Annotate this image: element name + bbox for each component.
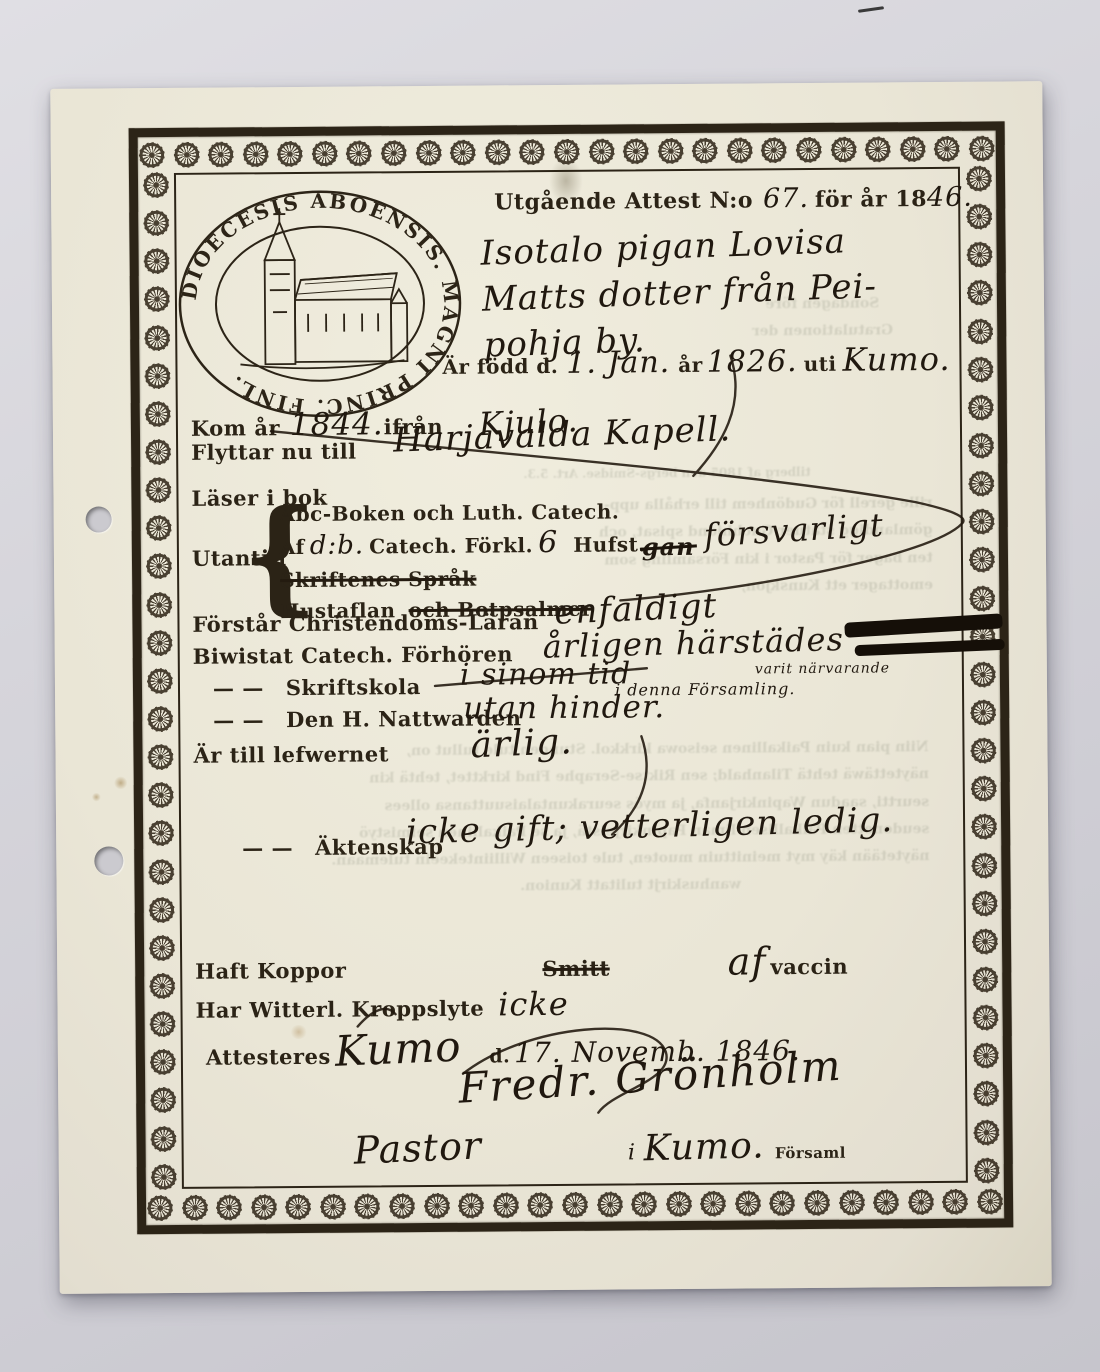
rosette-ornament bbox=[149, 1049, 175, 1075]
conduct-row: Är till lefwernet bbox=[193, 741, 389, 768]
rosette-ornament bbox=[277, 140, 303, 166]
rosette-ornament bbox=[942, 1188, 968, 1214]
attest-header-label: Utgående Attest N:o bbox=[494, 187, 753, 215]
rosette-ornament bbox=[147, 782, 173, 808]
bodily-defect-row: Har Witterl. Kroppslyte icke bbox=[195, 985, 568, 1026]
rosette-ornament bbox=[973, 1119, 999, 1145]
rosette-ornament bbox=[312, 140, 338, 166]
rosette-ornament bbox=[967, 356, 993, 382]
rosette-ornament bbox=[143, 210, 169, 236]
attended-inserted-handwritten: varit närvarande bbox=[755, 660, 890, 677]
rosette-ornament bbox=[631, 1191, 657, 1217]
rosette-ornament bbox=[969, 661, 995, 687]
rosette-ornament bbox=[424, 1192, 450, 1218]
rosette-ornament bbox=[142, 172, 168, 198]
rosette-ornament bbox=[908, 1189, 934, 1215]
bodily-defect-handwritten: icke bbox=[498, 985, 569, 1024]
rosette-ornament bbox=[761, 137, 787, 163]
rosette-ornament bbox=[972, 966, 998, 992]
diocese-seal: DIOECESIS ABOENSIS. MAGNI PRINC. FINL. bbox=[169, 181, 471, 428]
rosette-ornament bbox=[320, 1193, 346, 1219]
rosette-ornament bbox=[830, 136, 856, 162]
rosette-ornament bbox=[977, 1188, 1003, 1214]
attest-header-year-label: för år 18 bbox=[815, 186, 927, 213]
rosette-ornament bbox=[970, 738, 996, 764]
rosette-ornament bbox=[144, 325, 170, 351]
rosette-ornament bbox=[966, 280, 992, 306]
rosette-band-bottom bbox=[147, 1184, 1003, 1224]
rosette-ornament bbox=[148, 820, 174, 846]
rosette-ornament bbox=[148, 897, 174, 923]
rosette-ornament bbox=[173, 141, 199, 167]
rosette-band-right bbox=[962, 165, 1003, 1183]
by-heart-item-catech: Af d:b. Catech. Förkl. 6 Hufst. bbox=[280, 526, 646, 565]
ditto-dashes: — — bbox=[242, 835, 293, 860]
rosette-ornament bbox=[143, 248, 169, 274]
attested-place-handwritten: Kumo bbox=[334, 1022, 463, 1076]
rosette-ornament bbox=[970, 776, 996, 802]
rosette-ornament bbox=[147, 1194, 173, 1220]
born-year-label: år bbox=[678, 353, 703, 377]
rosette-ornament bbox=[458, 1192, 484, 1218]
smallpox-row: Haft Koppor Smitt af vaccin bbox=[195, 939, 848, 988]
bleed-through-line: tilberg af 1805 den bergs-Smidse. Art. 5… bbox=[523, 461, 811, 487]
born-place-label: uti bbox=[804, 352, 837, 376]
by-heart-count-handwritten: 6 bbox=[538, 525, 558, 560]
punch-hole-bottom bbox=[94, 846, 123, 875]
smallpox-smitt-struck: Smitt bbox=[542, 956, 609, 982]
rosette-ornament bbox=[147, 744, 173, 770]
rosette-ornament bbox=[251, 1194, 277, 1220]
rosette-ornament bbox=[182, 1194, 208, 1220]
seal-church-icon bbox=[239, 207, 407, 369]
rosette-ornament bbox=[493, 1192, 519, 1218]
rosette-ornament bbox=[484, 139, 510, 165]
rosette-band-top bbox=[139, 131, 995, 171]
ditto-dashes: — — bbox=[213, 675, 264, 700]
photograph-background: Sondagen före Gratulationen der tilberg … bbox=[0, 0, 1100, 1372]
rosette-ornament bbox=[971, 890, 997, 916]
smallpox-label: Haft Koppor bbox=[195, 958, 346, 984]
attest-number-handwritten: 67. bbox=[763, 183, 809, 214]
rosette-ornament bbox=[968, 433, 994, 459]
rosette-ornament bbox=[692, 137, 718, 163]
rosette-ornament bbox=[973, 1157, 999, 1183]
confirmation-school-handwritten: i sinom tid bbox=[460, 656, 632, 692]
svg-text:DIOECESIS ABOENSIS. MAGNI PRIN: DIOECESIS ABOENSIS. MAGNI PRINC. FINL. bbox=[176, 188, 465, 420]
rosette-ornament bbox=[346, 140, 372, 166]
rosette-ornament bbox=[150, 1125, 176, 1151]
conduct-handwritten: ärlig. bbox=[470, 721, 574, 766]
rosette-ornament bbox=[968, 547, 994, 573]
rosette-ornament bbox=[970, 699, 996, 725]
born-row: Är född d. 1. Jan. år 1826. uti Kumo. bbox=[442, 340, 950, 382]
rosette-ornament bbox=[519, 139, 545, 165]
rosette-ornament bbox=[899, 136, 925, 162]
born-place-handwritten: Kumo. bbox=[842, 340, 950, 379]
rosette-ornament bbox=[242, 141, 268, 167]
rosette-ornament bbox=[873, 1189, 899, 1215]
moving-to-row: Flyttar nu till bbox=[191, 439, 357, 465]
by-heart-insert-handwritten: d:b. bbox=[310, 530, 365, 560]
punch-hole-top bbox=[86, 506, 112, 532]
conduct-label: Är till lefwernet bbox=[193, 741, 389, 768]
rosette-ornament bbox=[146, 592, 172, 618]
rosette-ornament bbox=[839, 1189, 865, 1215]
fox-spot bbox=[92, 793, 101, 802]
understands-label: Förstår Christendoms-Läran bbox=[192, 609, 538, 637]
born-year-handwritten: 1826. bbox=[707, 344, 798, 380]
rosette-ornament bbox=[146, 668, 172, 694]
rosette-ornament bbox=[934, 135, 960, 161]
born-label: Är född d. bbox=[442, 354, 558, 379]
rosette-ornament bbox=[139, 142, 165, 168]
rosette-ornament bbox=[450, 139, 476, 165]
rosette-ornament bbox=[967, 394, 993, 420]
moving-to-label: Flyttar nu till bbox=[191, 439, 357, 465]
rosette-ornament bbox=[666, 1190, 692, 1216]
rosette-ornament bbox=[145, 439, 171, 465]
understands-row: Förstår Christendoms-Läran bbox=[192, 609, 538, 637]
ditto-dashes: — — bbox=[213, 707, 264, 732]
rosette-ornament bbox=[596, 1191, 622, 1217]
signature-parish-printed: Församl bbox=[775, 1144, 846, 1163]
rosette-ornament bbox=[796, 136, 822, 162]
rosette-ornament bbox=[727, 137, 753, 163]
rosette-ornament bbox=[623, 138, 649, 164]
rosette-ornament bbox=[562, 1191, 588, 1217]
rosette-ornament bbox=[973, 1081, 999, 1107]
rosette-ornament bbox=[145, 515, 171, 541]
rosette-ornament bbox=[150, 1087, 176, 1113]
rosette-ornament bbox=[145, 477, 171, 503]
rosette-ornament bbox=[148, 935, 174, 961]
bleed-through-line: wanhuskirjt tulitatt Kunion. bbox=[331, 871, 929, 903]
rosette-ornament bbox=[216, 1194, 242, 1220]
by-heart-item-prefix: Af bbox=[280, 535, 305, 559]
attested-label: Attesteres bbox=[206, 1044, 331, 1070]
rosette-ornament bbox=[968, 471, 994, 497]
by-heart-item-mid: Catech. Förkl. bbox=[369, 533, 533, 558]
seal-graphic: DIOECESIS ABOENSIS. MAGNI PRINC. FINL. bbox=[169, 181, 471, 428]
rosette-ornament bbox=[971, 928, 997, 954]
arrived-year-handwritten: 1844. bbox=[290, 406, 384, 443]
rosette-ornament bbox=[971, 852, 997, 878]
rosette-ornament bbox=[972, 1043, 998, 1069]
confirmation-school-row: — — Skriftskola bbox=[213, 674, 421, 701]
rosette-ornament bbox=[415, 139, 441, 165]
rosette-ornament bbox=[145, 553, 171, 579]
smallpox-vaccine-label: vaccin bbox=[770, 954, 848, 980]
bleed-through-line: näytettäwä tehtä Tilanhald; sen Riktse-S… bbox=[331, 761, 929, 793]
arrived-label: Kom år bbox=[191, 415, 280, 441]
rosette-ornament bbox=[527, 1191, 553, 1217]
rosette-ornament bbox=[147, 706, 173, 732]
rosette-ornament bbox=[381, 140, 407, 166]
rosette-ornament bbox=[150, 1164, 176, 1190]
rosette-ornament bbox=[969, 135, 995, 161]
rosette-ornament bbox=[588, 138, 614, 164]
rosette-ornament bbox=[144, 401, 170, 427]
background-scratch-mark bbox=[858, 6, 884, 13]
rosette-ornament bbox=[804, 1189, 830, 1215]
grade-struck-handwritten: gan bbox=[642, 532, 695, 561]
rosette-ornament bbox=[143, 286, 169, 312]
rosette-ornament bbox=[554, 138, 580, 164]
rosette-ornament bbox=[769, 1190, 795, 1216]
rosette-ornament bbox=[146, 630, 172, 656]
attest-document-paper: Sondagen före Gratulationen der tilberg … bbox=[50, 81, 1051, 1294]
signature-title-handwritten: Pastor bbox=[353, 1123, 483, 1172]
rosette-ornament bbox=[967, 318, 993, 344]
signature-i-handwritten: i bbox=[628, 1140, 636, 1165]
by-heart-item-abc: Abc-Boken och Luth. Catech. bbox=[280, 496, 646, 529]
rosette-ornament bbox=[865, 136, 891, 162]
rosette-ornament bbox=[971, 814, 997, 840]
rosette-ornament bbox=[700, 1190, 726, 1216]
rosette-ornament bbox=[968, 509, 994, 535]
rosette-ornament bbox=[149, 973, 175, 999]
rosette-ornament bbox=[148, 858, 174, 884]
fox-spot bbox=[114, 776, 128, 789]
rosette-ornament bbox=[285, 1193, 311, 1219]
rosette-ornament bbox=[389, 1193, 415, 1219]
bodily-defect-label: Har Witterl. Kroppslyte bbox=[195, 996, 484, 1023]
rosette-ornament bbox=[966, 242, 992, 268]
attest-year-handwritten: 46. bbox=[927, 182, 973, 213]
rosette-ornament bbox=[208, 141, 234, 167]
attest-header: Utgående Attest N:o 67. för år 18 46. bbox=[494, 182, 973, 217]
rosette-ornament bbox=[972, 1005, 998, 1031]
rosette-ornament bbox=[354, 1193, 380, 1219]
rosette-ornament bbox=[657, 137, 683, 163]
rosette-ornament bbox=[149, 1011, 175, 1037]
smallpox-af-handwritten: af bbox=[727, 939, 766, 983]
confirmation-school-label: Skriftskola bbox=[286, 674, 421, 700]
signature-title-row: Pastor i Kumo. Församl bbox=[353, 1123, 846, 1171]
signature-place-handwritten: Kumo. bbox=[644, 1125, 766, 1169]
rosette-ornament bbox=[969, 585, 995, 611]
born-date-handwritten: 1. Jan. bbox=[566, 345, 670, 381]
rosette-ornament bbox=[144, 363, 170, 389]
by-heart-item-suffix: Hufst. bbox=[573, 532, 646, 557]
rosette-ornament bbox=[735, 1190, 761, 1216]
